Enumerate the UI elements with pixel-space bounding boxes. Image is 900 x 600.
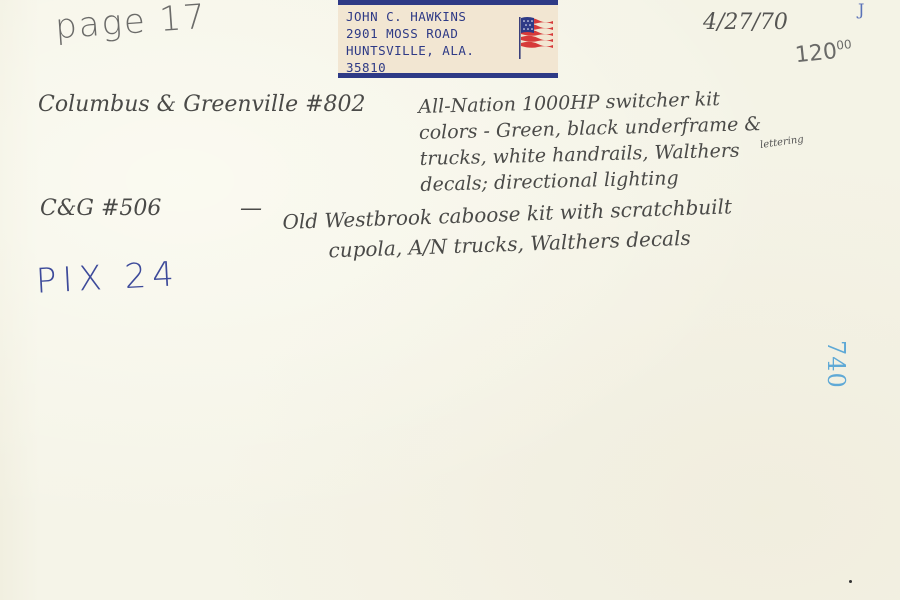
entry1-description: All-Nation 1000HP switcher kit colors - … — [418, 82, 881, 198]
paper-speck — [849, 580, 852, 583]
address-lines: JOHN C. HAWKINS 2901 MOSS ROAD HUNTSVILL… — [346, 8, 474, 76]
american-flag-icon — [518, 15, 554, 61]
pix-note: PIX 24 — [35, 254, 181, 301]
entry2-description: Old Westbrook caboose kit with scratchbu… — [282, 191, 734, 267]
address-zip: 35810 — [346, 59, 474, 76]
entry2-title: C&G #506 — [40, 196, 161, 221]
address-street: 2901 MOSS ROAD — [346, 25, 474, 42]
address-name: JOHN C. HAWKINS — [346, 8, 474, 25]
price-note: 12000 — [794, 37, 854, 68]
entry1-title: Columbus & Greenville #802 — [38, 92, 366, 117]
date-note: 4/27/70 — [703, 10, 788, 35]
entry2-dash: — — [240, 196, 262, 221]
price-main: 120 — [794, 39, 838, 68]
price-cents: 00 — [836, 37, 853, 53]
address-city: HUNTSVILLE, ALA. — [346, 42, 474, 59]
stamp-number: 740 — [822, 340, 850, 389]
page-number-note: page 17 — [54, 0, 208, 47]
top-right-mark: J — [858, 0, 864, 19]
address-label: JOHN C. HAWKINS 2901 MOSS ROAD HUNTSVILL… — [338, 0, 558, 78]
